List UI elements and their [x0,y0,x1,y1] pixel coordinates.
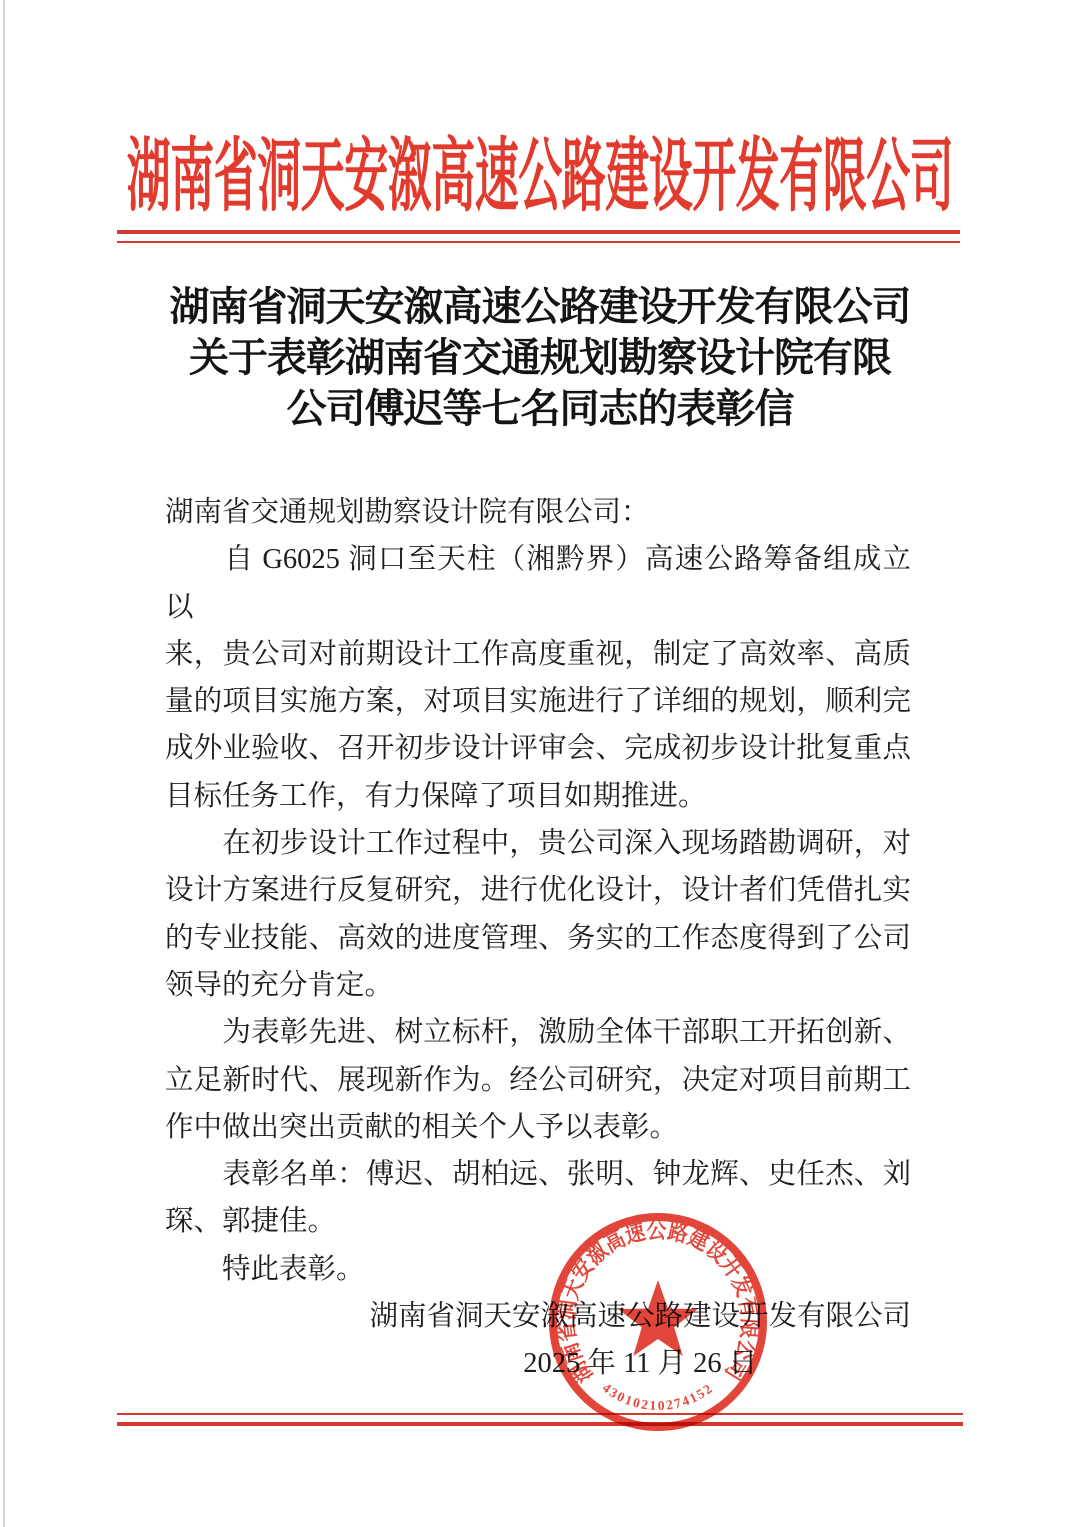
body-line: 量的项目实施方案，对项目实施进行了详细的规划，顺利完 [165,678,911,725]
body-line: 成外业验收、召开初步设计评审会、完成初步设计批复重点 [165,725,911,772]
signature-company-name: 湖南省洞天安溆高速公路建设开发有限公司 [369,1293,911,1340]
body-line: 为表彰先进、树立标杆，激励全体干部职工开拓创新、 [165,1009,911,1056]
body-line: 自 G6025 洞口至天柱（湘黔界）高速公路筹备组成立以 [165,536,911,631]
letter-body: 湖南省交通规划勘察设计院有限公司： 自 G6025 洞口至天柱（湘黔界）高速公路… [165,489,911,1293]
commendation-list-line: 表彰名单：傅迟、胡柏远、张明、钟龙辉、史任杰、刘 [165,1151,911,1198]
salutation: 湖南省交通规划勘察设计院有限公司： [165,489,911,536]
body-line: 来，贵公司对前期设计工作高度重视，制定了高效率、高质 [165,631,911,678]
body-line: 设计方案进行反复研究，进行优化设计，设计者们凭借扎实 [165,867,911,914]
document-title-line-3: 公司傅迟等七名同志的表彰信 [0,383,1080,434]
document-title-line-1: 湖南省洞天安溆高速公路建设开发有限公司 [0,281,1080,332]
letter-page: 湖南省洞天安溆高速公路建设开发有限公司 湖南省洞天安溆高速公路建设开发有限公司 … [0,0,1080,1527]
footer-rule-thick [117,1422,963,1426]
signature-block: 湖南省洞天安溆高速公路建设开发有限公司 2025 年 11 月 26 日 [165,1293,911,1388]
letterhead-company-name: 湖南省洞天安溆高速公路建设开发有限公司 [0,138,1080,218]
header-rule-thick [117,230,960,234]
commendation-list-line: 琛、郭捷佳。 [165,1198,911,1245]
signature-inner: 湖南省洞天安溆高速公路建设开发有限公司 2025 年 11 月 26 日 [369,1293,911,1388]
header-rule-thin [117,241,960,243]
footer-rule-thin [117,1413,963,1415]
body-line: 领导的充分肯定。 [165,962,911,1009]
document-title: 湖南省洞天安溆高速公路建设开发有限公司 关于表彰湖南省交通规划勘察设计院有限 公… [0,281,1080,434]
body-line: 作中做出突出贡献的相关个人予以表彰。 [165,1104,911,1151]
scan-edge-line [3,0,5,1527]
body-line: 的专业技能、高效的进度管理、务实的工作态度得到了公司 [165,915,911,962]
body-line: 立足新时代、展现新作为。经公司研究，决定对项目前期工 [165,1057,911,1104]
document-title-line-2: 关于表彰湖南省交通规划勘察设计院有限 [0,332,1080,383]
closing-line: 特此表彰。 [165,1246,911,1293]
signature-date: 2025 年 11 月 26 日 [369,1340,911,1387]
body-line: 在初步设计工作过程中，贵公司深入现场踏勘调研，对 [165,820,911,867]
body-line: 目标任务工作，有力保障了项目如期推进。 [165,773,911,820]
